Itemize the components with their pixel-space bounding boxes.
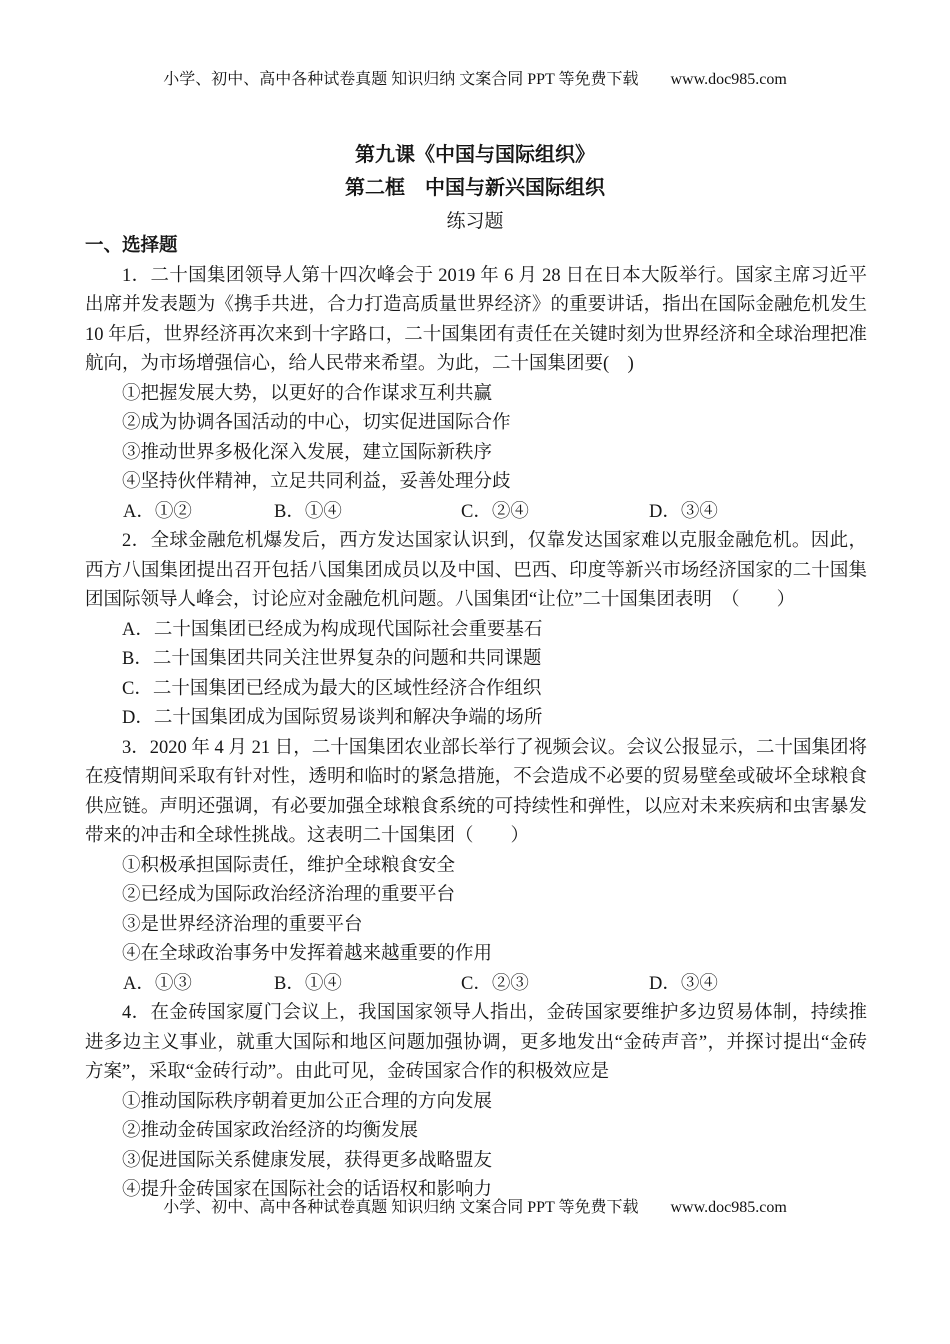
- question-3-item-3: ③是世界经济治理的重要平台: [85, 911, 867, 941]
- title-block: 第九课《中国与国际组织》 第二框 中国与新兴国际组织 练习题: [0, 139, 950, 238]
- document-page: 小学、初中、高中各种试卷真题 知识归纳 文案合同 PPT 等免费下载www.do…: [0, 0, 950, 1344]
- question-2-option-a: A．二十国集团已经成为构成现代国际社会重要基石: [85, 616, 867, 646]
- question-3-item-4: ④在全球政治事务中发挥着越来越重要的作用: [85, 940, 867, 970]
- doc-title: 第九课《中国与国际组织》: [0, 139, 950, 172]
- page-header: 小学、初中、高中各种试卷真题 知识归纳 文案合同 PPT 等免费下载www.do…: [0, 66, 950, 89]
- question-1-choices: A．①② B．①④ C．②④ D．③④: [85, 498, 867, 528]
- question-3-item-1: ①积极承担国际责任，维护全球粮食安全: [85, 852, 867, 882]
- question-2-option-b: B．二十国集团共同关注世界复杂的问题和共同课题: [85, 645, 867, 675]
- question-3-choices: A．①③ B．①④ C．②③ D．③④: [85, 970, 867, 1000]
- question-4-stem: 4．在金砖国家厦门会议上，我国国家领导人指出，金砖国家要维护多边贸易体制，持续推…: [85, 999, 867, 1088]
- question-3-item-2: ②已经成为国际政治经济治理的重要平台: [85, 881, 867, 911]
- question-1-choice-a: A．①②: [123, 498, 192, 528]
- question-4-item-1: ①推动国际秩序朝着更加公正合理的方向发展: [85, 1088, 867, 1118]
- document-body: 一、选择题 1．二十国集团领导人第十四次峰会于 2019 年 6 月 28 日在…: [85, 232, 867, 1206]
- question-1-choice-d: D．③④: [649, 498, 718, 528]
- question-1-item-3: ③推动世界多极化深入发展，建立国际新秩序: [85, 439, 867, 469]
- question-4-item-3: ③促进国际关系健康发展，获得更多战略盟友: [85, 1147, 867, 1177]
- question-3-choice-d: D．③④: [649, 970, 718, 1000]
- question-3-choice-a: A．①③: [123, 970, 192, 1000]
- question-1-stem: 1．二十国集团领导人第十四次峰会于 2019 年 6 月 28 日在日本大阪举行…: [85, 262, 867, 380]
- question-1-item-4: ④坚持伙伴精神，立足共同利益，妥善处理分歧: [85, 468, 867, 498]
- footer-url: www.doc985.com: [671, 1199, 787, 1216]
- doc-subtitle: 第二框 中国与新兴国际组织: [0, 172, 950, 205]
- question-1-choice-b: B．①④: [274, 498, 342, 528]
- question-2-stem: 2．全球金融危机爆发后，西方发达国家认识到，仅靠发达国家难以克服金融危机。因此，…: [85, 527, 867, 616]
- question-3-choice-b: B．①④: [274, 970, 342, 1000]
- page-footer: 小学、初中、高中各种试卷真题 知识归纳 文案合同 PPT 等免费下载www.do…: [0, 1194, 950, 1217]
- question-1-item-1: ①把握发展大势，以更好的合作谋求互利共赢: [85, 380, 867, 410]
- question-1-choice-c: C．②④: [461, 498, 529, 528]
- question-4-item-2: ②推动金砖国家政治经济的均衡发展: [85, 1117, 867, 1147]
- question-2-option-c: C．二十国集团已经成为最大的区域性经济合作组织: [85, 675, 867, 705]
- section-heading: 一、选择题: [85, 232, 867, 262]
- question-2-option-d: D．二十国集团成为国际贸易谈判和解决争端的场所: [85, 704, 867, 734]
- question-1-item-2: ②成为协调各国活动的中心，切实促进国际合作: [85, 409, 867, 439]
- header-url: www.doc985.com: [671, 71, 787, 88]
- question-3-choice-c: C．②③: [461, 970, 529, 1000]
- header-text: 小学、初中、高中各种试卷真题 知识归纳 文案合同 PPT 等免费下载: [163, 71, 638, 88]
- footer-text: 小学、初中、高中各种试卷真题 知识归纳 文案合同 PPT 等免费下载: [163, 1199, 638, 1216]
- question-3-stem: 3．2020 年 4 月 21 日，二十国集团农业部长举行了视频会议。会议公报显…: [85, 734, 867, 852]
